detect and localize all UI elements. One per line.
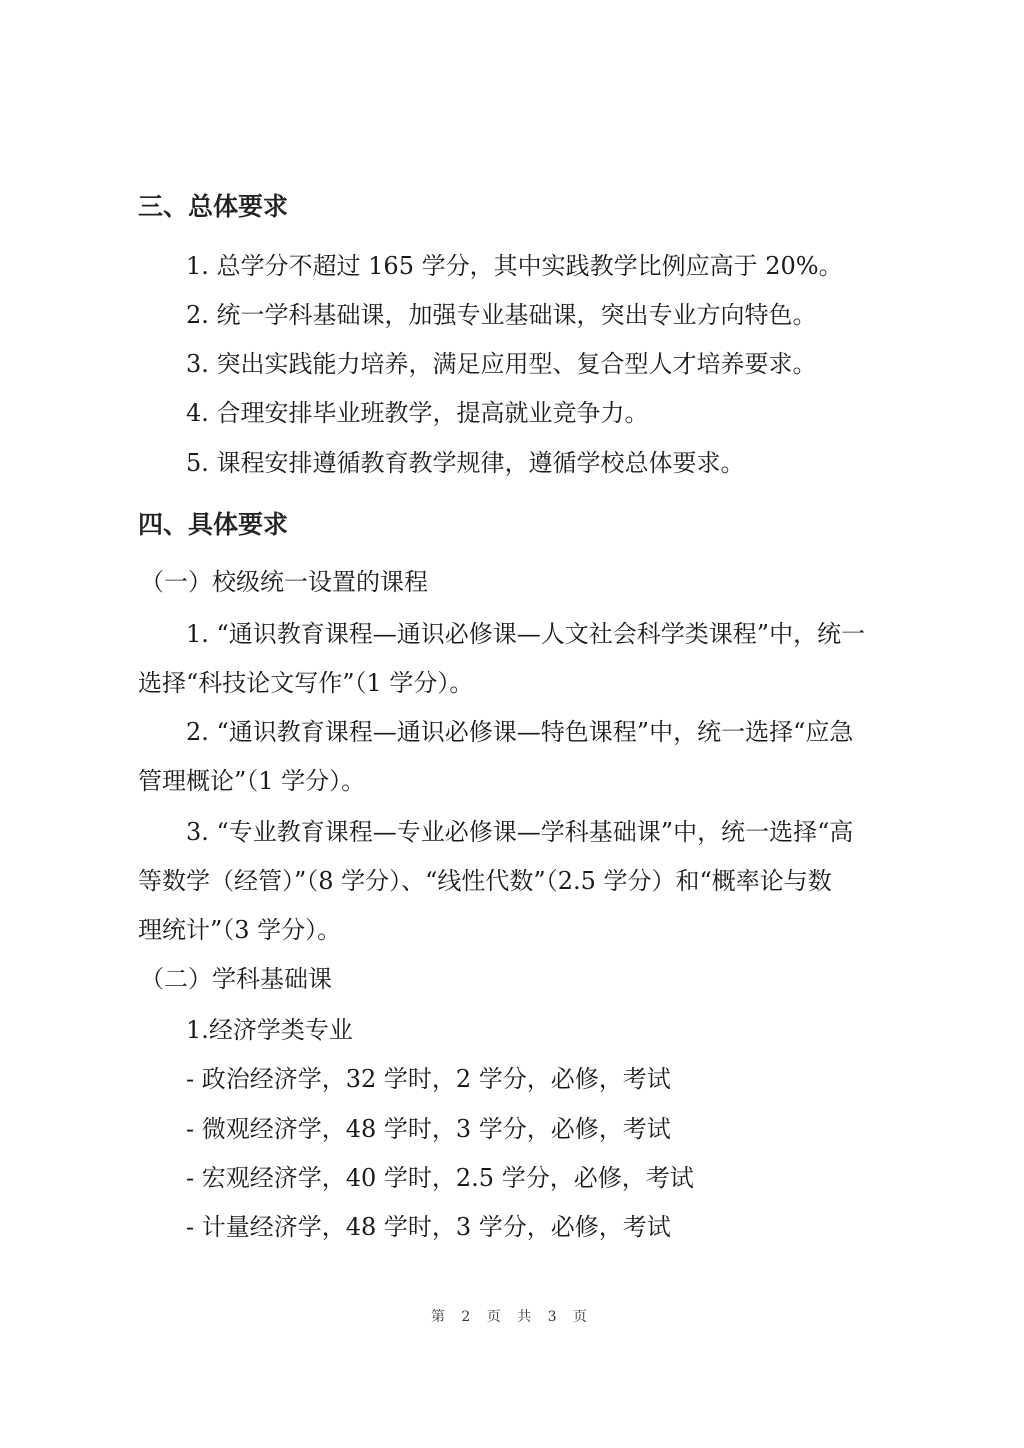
subsection-heading-discipline-basics: （二）学科基础课	[140, 962, 332, 996]
document-page: 三、总体要求 1. 总学分不超过 165 学分，其中实践教学比例应高于 20%。…	[0, 0, 1024, 1448]
course-item: - 微观经济学，48 学时，3 学分，必修，考试	[186, 1112, 671, 1146]
section-heading-specific-requirements: 四、具体要求	[138, 508, 288, 542]
course-item: - 宏观经济学，40 学时，2.5 学分，必修，考试	[186, 1161, 694, 1195]
course-item: - 政治经济学，32 学时，2 学分，必修，考试	[186, 1062, 671, 1096]
paragraph-line: 管理概论”（1 学分）。	[138, 764, 365, 798]
requirement-item: 4. 合理安排毕业班教学，提高就业竞争力。	[186, 396, 649, 430]
paragraph-line: 1. “通识教育课程—通识必修课—人文社会科学类课程”中，统一	[186, 617, 865, 651]
paragraph-line: 理统计”（3 学分）。	[138, 913, 341, 947]
paragraph-line: 选择“科技论文写作”（1 学分）。	[138, 666, 473, 700]
course-item: - 计量经济学，48 学时，3 学分，必修，考试	[186, 1210, 671, 1244]
paragraph-line: 2. “通识教育课程—通识必修课—特色课程”中，统一选择“应急	[186, 715, 853, 749]
page-number-footer: 第 2 页 共 3 页	[0, 1306, 1024, 1326]
paragraph-line: 等数学（经管）”（8 学分）、“线性代数”（2.5 学分）和“概率论与数	[138, 864, 832, 898]
requirement-item: 2. 统一学科基础课，加强专业基础课，突出专业方向特色。	[186, 298, 817, 332]
requirement-item: 1. 总学分不超过 165 学分，其中实践教学比例应高于 20%。	[186, 249, 843, 283]
course-group-title: 1.经济学类专业	[186, 1013, 353, 1047]
paragraph-line: 3. “专业教育课程—专业必修课—学科基础课”中，统一选择“高	[186, 815, 853, 849]
subsection-heading-school-courses: （一）校级统一设置的课程	[140, 565, 428, 599]
section-heading-overall-requirements: 三、总体要求	[138, 190, 288, 224]
requirement-item: 5. 课程安排遵循教育教学规律，遵循学校总体要求。	[186, 446, 745, 480]
requirement-item: 3. 突出实践能力培养，满足应用型、复合型人才培养要求。	[186, 347, 817, 381]
